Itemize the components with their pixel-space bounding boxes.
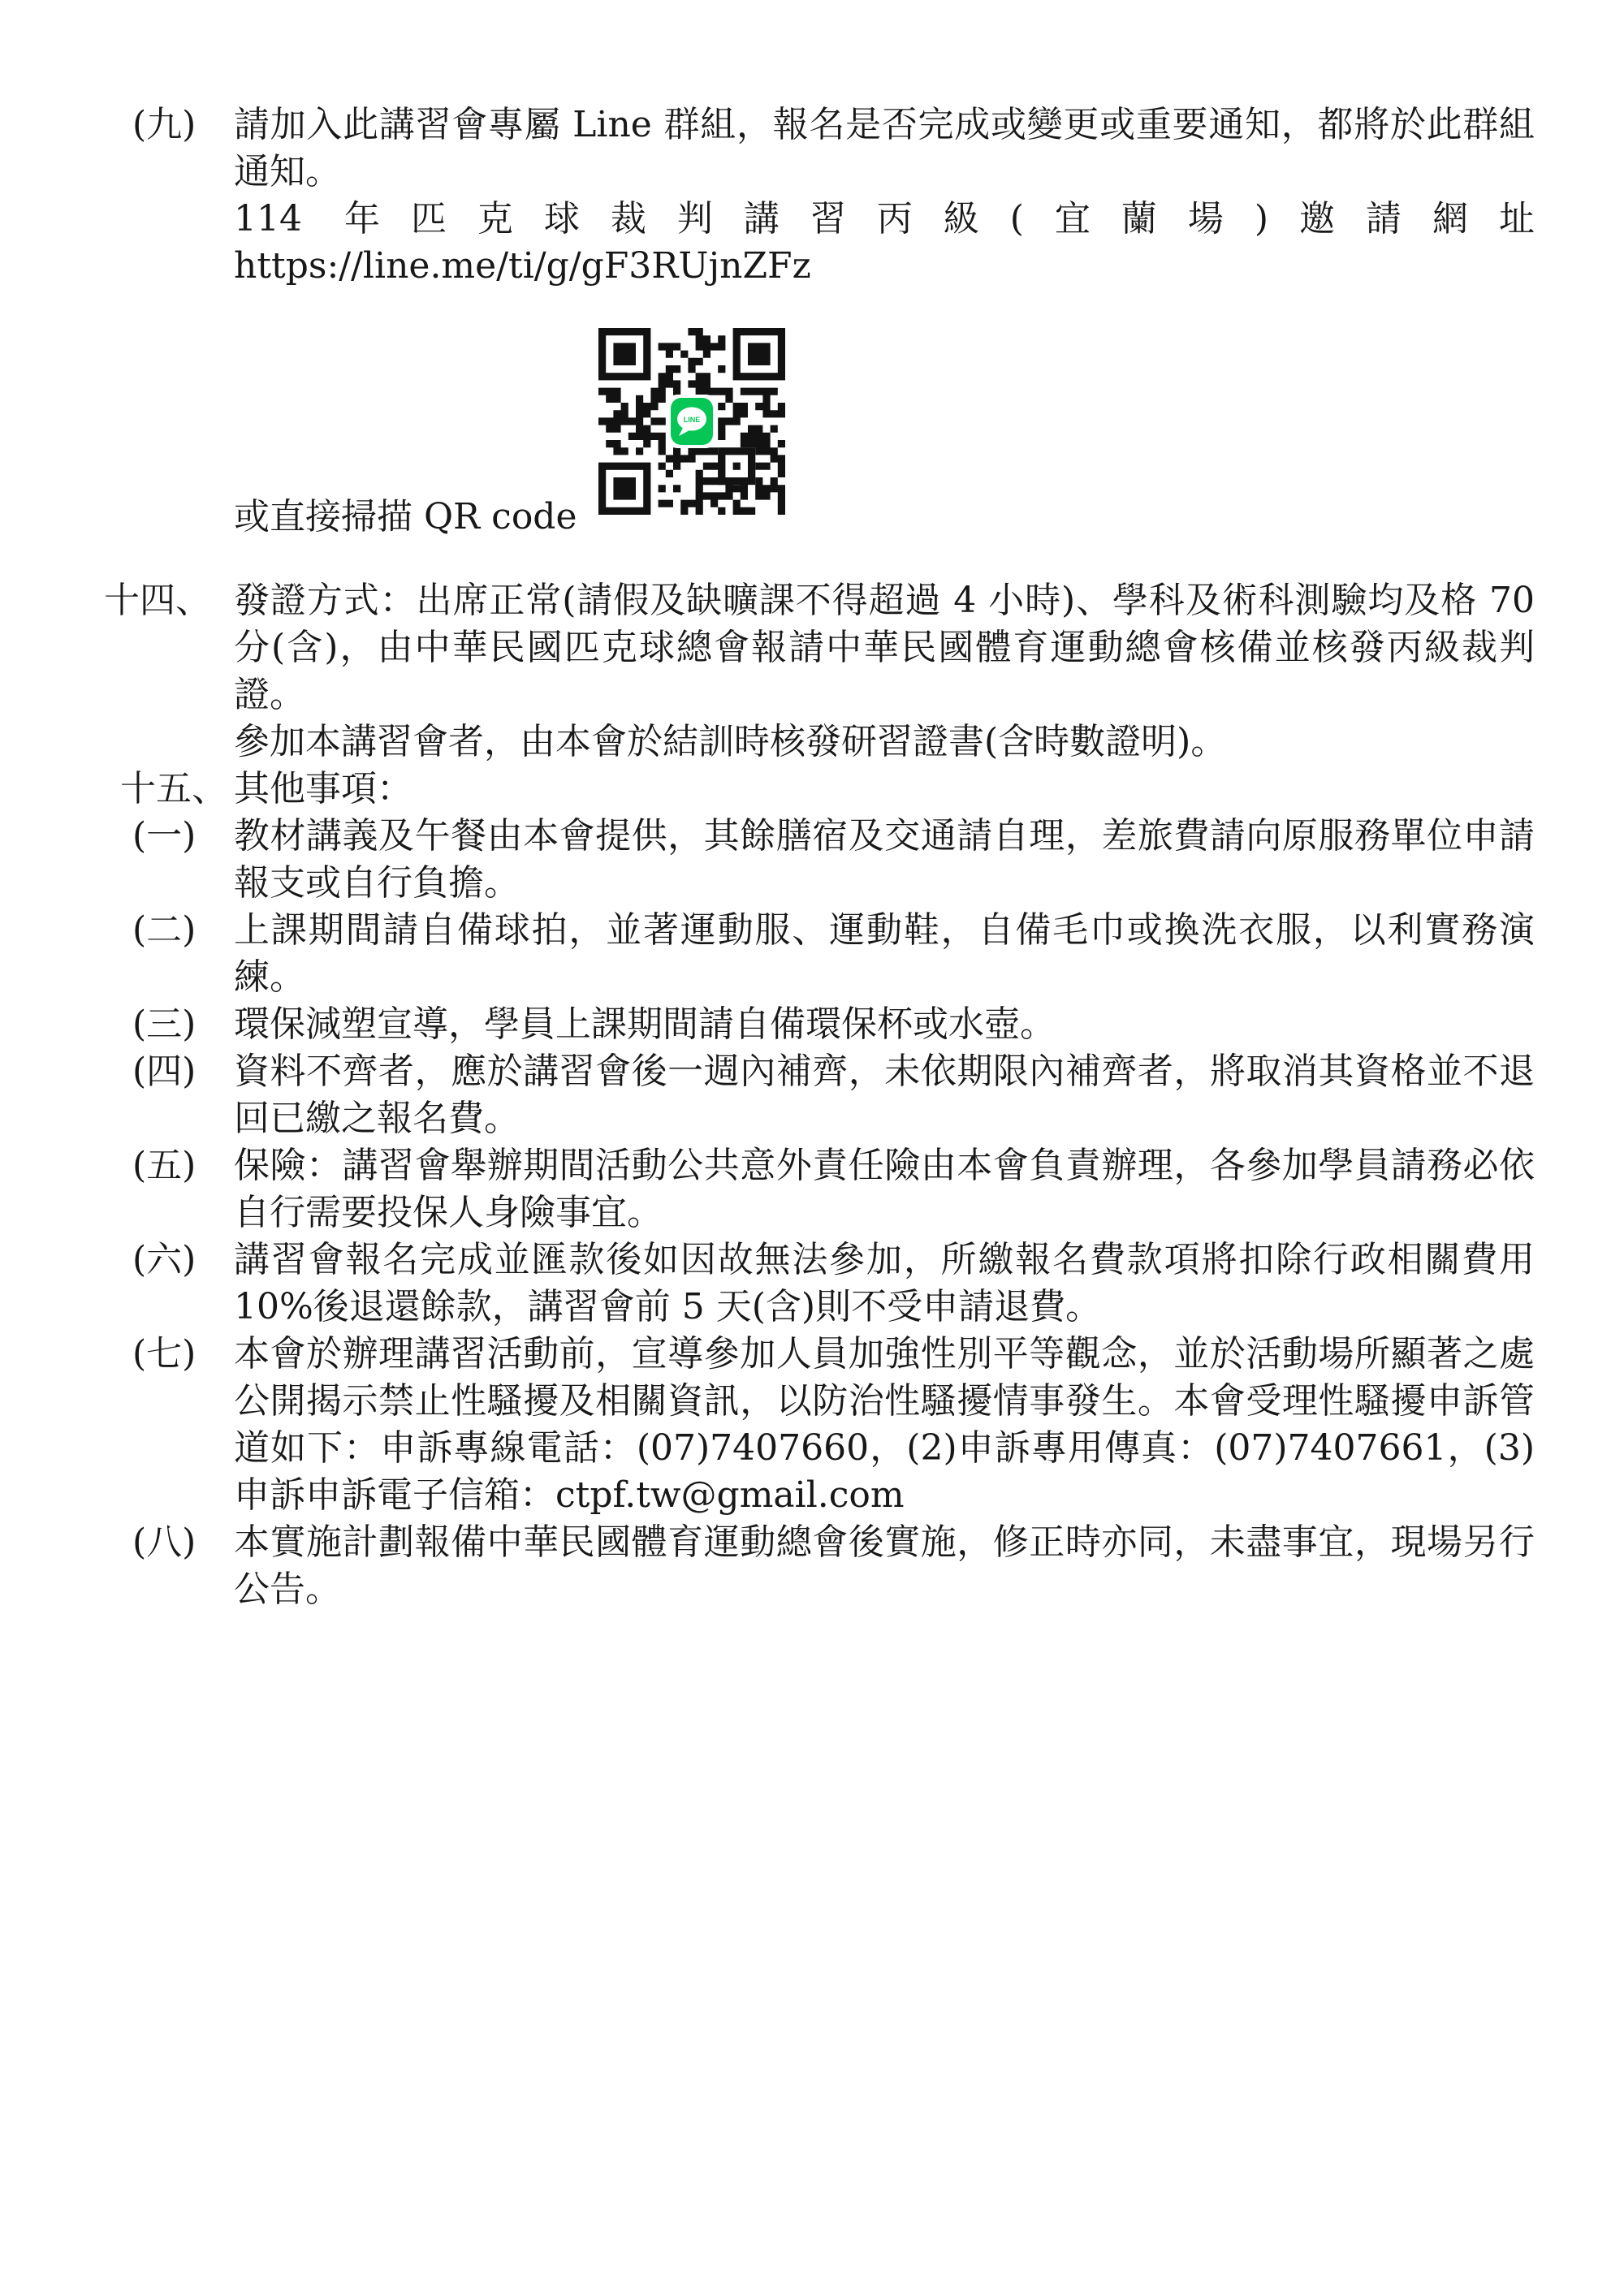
item-marker: (六)	[96, 1236, 234, 1284]
list-item-8: (八) 本實施計劃報備中華民國體育運動總會後實施，修正時亦同，未盡事宜，現場另行…	[96, 1519, 1535, 1613]
document-page: (九) 請加入此講習會專屬 Line 群組，報名是否完成或變更或重要通知，都將於…	[0, 0, 1624, 2296]
item-marker: (七)	[96, 1331, 234, 1378]
list-item-9: (九) 請加入此講習會專屬 Line 群組，報名是否完成或變更或重要通知，都將於…	[96, 101, 1535, 290]
qr-block: 或直接掃描 QR code	[96, 328, 1535, 537]
section-text: 其他事項：	[234, 766, 1535, 813]
list-item-5: (五) 保險：講習會舉辦期間活動公共意外責任險由本會負責辦理，各參加學員請務必依…	[96, 1142, 1535, 1236]
list-item-7: (七) 本會於辦理講習活動前，宣導參加人員加強性別平等觀念，並於活動場所顯著之處…	[96, 1331, 1535, 1519]
list-item-1: (一) 教材講義及午餐由本會提供，其餘膳宿及交通請自理，差旅費請向原服務單位申請…	[96, 813, 1535, 907]
item-text: 本會於辦理講習活動前，宣導參加人員加強性別平等觀念，並於活動場所顯著之處公開揭示…	[234, 1331, 1535, 1519]
item-marker: (九)	[96, 101, 234, 149]
item-marker: (八)	[96, 1519, 234, 1566]
section-marker: 十五、	[96, 766, 234, 813]
section-body: 發證方式：出席正常(請假及缺曠課不得超過 4 小時)、學科及術科測驗均及格 70…	[234, 577, 1535, 766]
item-marker: (一)	[96, 813, 234, 860]
section-15: 十五、 其他事項：	[96, 766, 1535, 813]
item-body: 請加入此講習會專屬 Line 群組，報名是否完成或變更或重要通知，都將於此群組通…	[234, 101, 1535, 290]
section-text: 參加本講習會者，由本會於結訓時核發研習證書(含時數證明)。	[234, 719, 1535, 766]
item-text: 請加入此講習會專屬 Line 群組，報名是否完成或變更或重要通知，都將於此群組通…	[234, 101, 1535, 196]
section-14: 十四、 發證方式：出席正常(請假及缺曠課不得超過 4 小時)、學科及術科測驗均及…	[96, 577, 1535, 766]
list-item-2: (二) 上課期間請自備球拍，並著運動服、運動鞋，自備毛巾或換洗衣服，以利實務演練…	[96, 907, 1535, 1001]
item-marker: (三)	[96, 1001, 234, 1048]
section-marker: 十四、	[96, 577, 234, 624]
list-item-4: (四) 資料不齊者，應於講習會後一週內補齊，未依期限內補齊者，將取消其資格並不退…	[96, 1048, 1535, 1142]
item-marker: (四)	[96, 1048, 234, 1095]
item-text: 本實施計劃報備中華民國體育運動總會後實施，修正時亦同，未盡事宜，現場另行公告。	[234, 1519, 1535, 1613]
qr-scan-label: 或直接掃描 QR code	[234, 494, 577, 541]
qr-code: LINE	[598, 328, 785, 515]
item-marker: (五)	[96, 1142, 234, 1189]
item-text: 資料不齊者，應於講習會後一週內補齊，未依期限內補齊者，將取消其資格並不退回已繳之…	[234, 1048, 1535, 1142]
list-item-3: (三) 環保減塑宣導，學員上課期間請自備環保杯或水壺。	[96, 1001, 1535, 1048]
item-text: 上課期間請自備球拍，並著運動服、運動鞋，自備毛巾或換洗衣服，以利實務演練。	[234, 907, 1535, 1001]
section-title: 其他事項：	[234, 766, 1535, 813]
list-item-6: (六) 講習會報名完成並匯款後如因故無法參加，所繳報名費款項將扣除行政相關費用 …	[96, 1236, 1535, 1331]
item-text: 講習會報名完成並匯款後如因故無法參加，所繳報名費款項將扣除行政相關費用 10%後…	[234, 1236, 1535, 1331]
qr-code-image: LINE	[598, 328, 785, 515]
section-text: 發證方式：出席正常(請假及缺曠課不得超過 4 小時)、學科及術科測驗均及格 70…	[234, 577, 1535, 719]
item-text: 環保減塑宣導，學員上課期間請自備環保杯或水壺。	[234, 1001, 1535, 1048]
svg-text:LINE: LINE	[684, 416, 701, 424]
item-text: 保險：講習會舉辦期間活動公共意外責任險由本會負責辦理，各參加學員請務必依自行需要…	[234, 1142, 1535, 1236]
item-text: 教材講義及午餐由本會提供，其餘膳宿及交通請自理，差旅費請向原服務單位申請報支或自…	[234, 813, 1535, 907]
line-invite-url-text: 114 年匹克球裁判講習丙級(宜蘭場)邀請網址 https://line.me/…	[234, 196, 1535, 290]
item-marker: (二)	[96, 907, 234, 954]
line-logo-icon: LINE	[666, 395, 718, 448]
